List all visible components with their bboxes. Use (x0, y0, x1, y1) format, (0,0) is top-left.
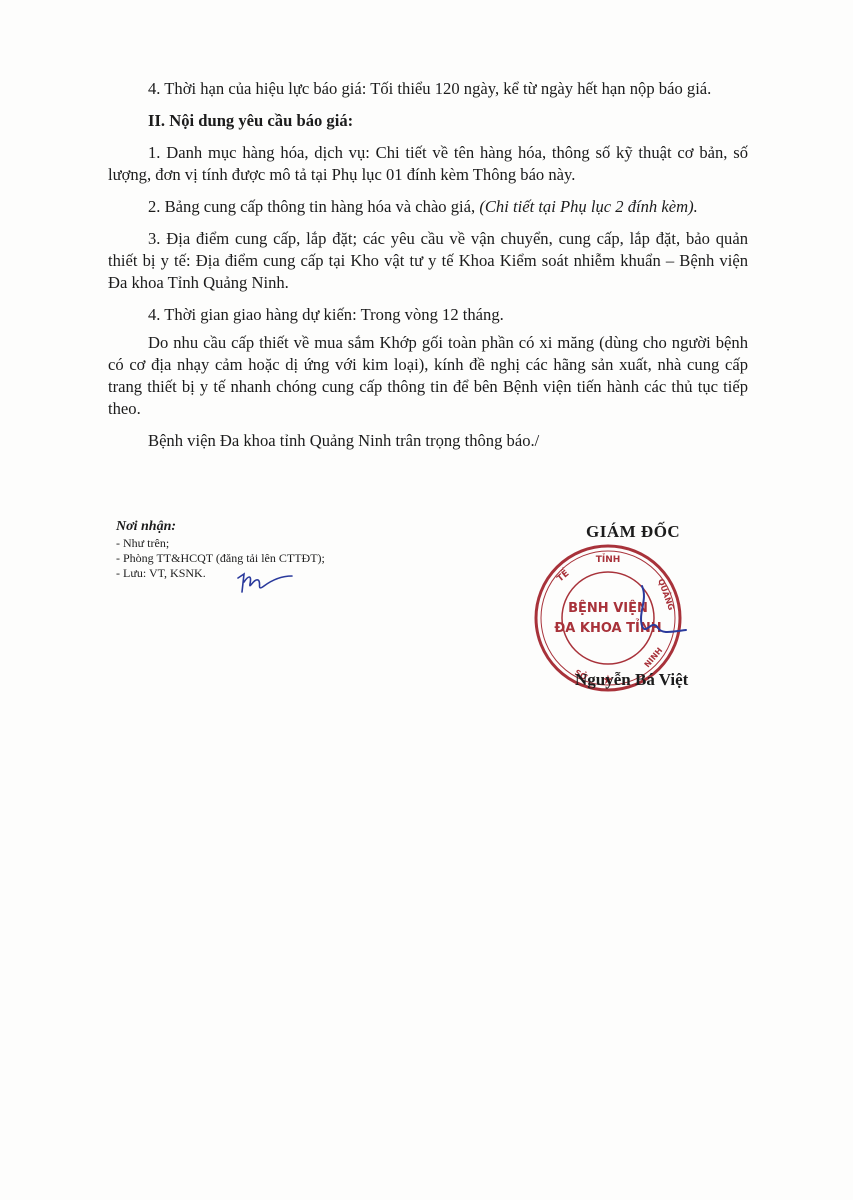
paragraph-validity: 4. Thời hạn của hiệu lực báo giá: Tối th… (108, 78, 748, 100)
document-page: 4. Thời hạn của hiệu lực báo giá: Tối th… (0, 0, 853, 1200)
paragraph-request: Do nhu cầu cấp thiết về mua sắm Khớp gối… (108, 332, 748, 420)
paragraph-item-3: 3. Địa điểm cung cấp, lắp đặt; các yêu c… (108, 228, 748, 294)
recipients-title: Nơi nhận: (116, 518, 325, 536)
svg-text:TỈNH: TỈNH (596, 553, 621, 565)
item-2-italic-note: (Chi tiết tại Phụ lục 2 đính kèm). (479, 197, 697, 216)
paragraph-item-1: 1. Danh mục hàng hóa, dịch vụ: Chi tiết … (108, 142, 748, 186)
recipients-block: Nơi nhận: - Như trên; - Phòng TT&HCQT (đ… (116, 518, 325, 581)
document-body: 4. Thời hạn của hiệu lực báo giá: Tối th… (108, 78, 748, 452)
section-heading: II. Nội dung yêu cầu báo giá: (108, 110, 748, 132)
recipient-item: - Như trên; (116, 536, 325, 551)
svg-text:ĐA KHOA TỈNH: ĐA KHOA TỈNH (554, 619, 661, 636)
item-2-text: 2. Bảng cung cấp thông tin hàng hóa và c… (148, 197, 479, 216)
signer-position: GIÁM ĐỐC (586, 522, 680, 542)
paragraph-closing: Bệnh viện Đa khoa tỉnh Quảng Ninh trân t… (108, 430, 748, 452)
svg-text:BỆNH VIỆN: BỆNH VIỆN (568, 600, 648, 616)
signer-name: Nguyễn Bá Việt (575, 670, 688, 690)
recipient-item: - Phòng TT&HCQT (đăng tải lên CTTĐT); (116, 551, 325, 566)
initials-signature-icon (234, 568, 294, 598)
signature-block: TỈNH TẾ QUẢNG SỞ NINH BỆNH VIỆN ĐA KHOA … (520, 522, 760, 702)
paragraph-item-2: 2. Bảng cung cấp thông tin hàng hóa và c… (108, 196, 748, 218)
paragraph-item-4: 4. Thời gian giao hàng dự kiến: Trong vò… (108, 304, 748, 326)
